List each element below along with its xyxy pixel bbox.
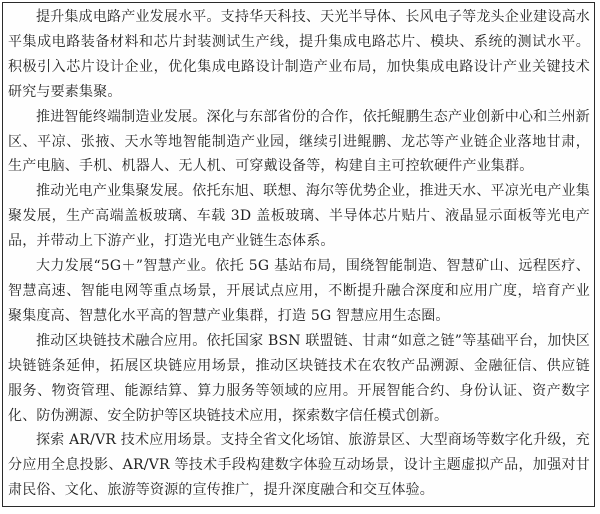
document-page: 提升集成电路产业发展水平。支持华天科技、天光半导体、长风电子等龙头企业建设高水平…	[2, 2, 595, 507]
paragraph-integrated-circuits: 提升集成电路产业发展水平。支持华天科技、天光半导体、长风电子等龙头企业建设高水平…	[8, 5, 590, 105]
paragraph-smart-terminal-manufacturing: 推进智能终端制造业发展。深化与东部省份的合作，依托鲲鹏生态产业创新中心和兰州新区…	[8, 105, 590, 180]
paragraph-5g-smart-industry: 大力发展“5G＋”智慧产业。依托 5G 基站布局，围绕智能制造、智慧矿山、远程医…	[8, 254, 590, 329]
paragraph-optoelectronics-industry: 推动光电产业集聚发展。依托东旭、联想、海尔等优势企业，推进天水、平凉光电产业集聚…	[8, 179, 590, 254]
paragraph-ar-vr-applications: 探索 AR/VR 技术应用场景。支持全省文化场馆、旅游景区、大型商场等数字化升级…	[8, 428, 590, 503]
paragraph-blockchain-applications: 推动区块链技术融合应用。依托国家 BSN 联盟链、甘肃“如意之链”等基础平台，加…	[8, 329, 590, 429]
